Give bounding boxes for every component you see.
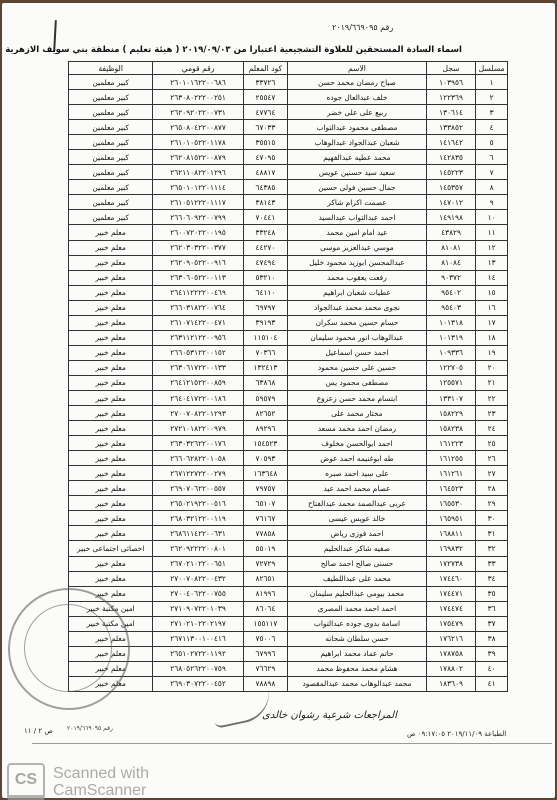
- row-national-id: ٢٦٧٠٢١٠٢٢٠٠٦٥١: [153, 556, 243, 571]
- row-national-id: ٢٦٠٠٧٢٠٢٢٠٠١٩٥: [153, 225, 243, 240]
- table-row: ٢٨١٦٤٥٢٣عصام محمد احمد عيد٧٩٧٥٧٢٦٩٠٧٠٦٢٢…: [69, 481, 508, 496]
- row-serial: ٣٤: [476, 571, 508, 586]
- table-row: ٢٣١٥٨٢٢٩مختار محمد على٨٢٦٥٢٢٧٠٠٧٠٨٢٢٠١٢٩…: [69, 406, 508, 421]
- reference-number: رقم ٢٠١٩/٦٦٩٠٩٥: [332, 23, 393, 32]
- table-row: ٢٥١٦١٢٢٣احمد ابوالحسن مخلوف١٥٤٥٢٣٢٦٣٠٣٢٦…: [69, 436, 508, 451]
- row-national-id: ٢٦٣٠٨٠٢٢٢٠٠٢٥١: [153, 90, 243, 105]
- row-national-id: ٢٦٢٠٩٢٠٢٢٠٠٧٣١: [153, 105, 243, 120]
- row-register: ١٦١٢٦١: [426, 466, 475, 481]
- row-serial: ١٥: [476, 285, 508, 300]
- row-teacher-code: ٧٩٧٥٧: [243, 481, 287, 496]
- table-row: ٤١٣٣٨٥٢مصطفى محمود عبدالتواب٦٧٠٣٣٢٦٥٠٨٠٤…: [69, 120, 508, 135]
- table-header-row: مسلسل سجل الاسم كود المعلم رقم قومي الوظ…: [69, 62, 508, 75]
- row-serial: ٢٤: [476, 421, 508, 436]
- row-national-id: ٢٦٧١١٣٠٠١٠٠٤١٦: [153, 631, 243, 646]
- page-number: ص ٢ / ١١: [24, 727, 53, 735]
- row-job: معلم خبير: [69, 406, 153, 421]
- row-job: معلم خبير: [69, 571, 153, 586]
- row-national-id: ٢٦٦٠٥٣١٢٢٠٠١٥٢: [153, 345, 243, 360]
- row-national-id: ٢٧١٠٩٠٧٢٢٠١٠٣٩: [153, 601, 243, 616]
- row-national-id: ٢٧١٠٢١٠٢٢٠٢١٩٧: [153, 616, 243, 631]
- row-register: ١٦٨٨١١: [426, 526, 475, 541]
- row-name: جمال حسين فولى حسين: [288, 180, 427, 195]
- row-job: معلم خبير: [69, 451, 153, 466]
- row-job: معلم خبير: [69, 315, 153, 330]
- row-register: ١٧٤٤٧٤: [426, 601, 475, 616]
- row-job: كبير معلمين: [69, 150, 153, 165]
- row-serial: ٢٥: [476, 436, 508, 451]
- col-job: الوظيفة: [69, 62, 153, 75]
- row-serial: ٤١: [476, 676, 508, 691]
- row-name: طه ابوغنيمه احمد عوض: [288, 451, 427, 466]
- row-teacher-code: ٦٧٩٩٦: [243, 646, 287, 661]
- row-name: حسام حسين محمد سكران: [288, 315, 427, 330]
- row-serial: ٩: [476, 195, 508, 210]
- row-national-id: ٢٧٠٠٤٠٦٢٢٠٠٧٥٥: [153, 586, 243, 601]
- table-row: ٢٩١٦٥٥٣٠عربى عبدالصمد محمد عبدالفتاح٦٥١٠…: [69, 496, 508, 511]
- row-job: معلم خبير: [69, 481, 153, 496]
- row-serial: ٣٧: [476, 616, 508, 631]
- row-job: معلم خبير: [69, 466, 153, 481]
- row-serial: ٨: [476, 180, 508, 195]
- row-teacher-code: ٤٧٤٩٤: [243, 255, 287, 270]
- row-teacher-code: ٥٩٥٧٩: [243, 390, 287, 405]
- row-national-id: ٢٦١٠١٠٥٢٢٠١١٧٨: [153, 135, 243, 150]
- row-national-id: ٢٦٨٠٣٢١٢٢٠٠١١٩: [153, 511, 243, 526]
- document-title: اسماء السادة المستحقين للعلاوة التشجيعية…: [72, 45, 462, 55]
- table-row: ٣٠١٦٥٩٥١خالد عويس عيسى٧٦١٦٧٢٦٨٠٣٢١٢٢٠٠١١…: [69, 511, 508, 526]
- table-row: ٣٢١٦٩٨٣٢صفيه شاكر عبدالحليم٥٥٠١٩٢٦٢٠٩٢٢٢…: [69, 541, 508, 556]
- row-national-id: ٢٦٣٠٣٢٦٢٢٠٠١٧٦: [153, 436, 243, 451]
- row-serial: ٢٠: [476, 360, 508, 375]
- row-register: ١٧٤٤٧١: [426, 586, 475, 601]
- row-national-id: ٢٦٦٠٦٢٨٢٢٠١٠٥٨: [153, 451, 243, 466]
- row-job: معلم خبير: [69, 496, 153, 511]
- row-national-id: ٢٧٠٠٧٠٨٢٢٠١٢٩٣: [153, 406, 243, 421]
- table-row: ١٧١٠١٣١٨حسام حسين محمد سكران٣٩١٩٣٢٦١٠٧١٤…: [69, 315, 508, 330]
- row-register: ١٣٠٦١٤: [426, 105, 475, 120]
- eligible-staff-table: مسلسل سجل الاسم كود المعلم رقم قومي الوظ…: [68, 61, 508, 692]
- row-serial: ٢٣: [476, 406, 508, 421]
- row-serial: ١: [476, 75, 508, 90]
- row-teacher-code: ١٦٣٦٤٨: [243, 466, 287, 481]
- table-row: ٢٦١٦١٢٥٥طه ابوغنيمه احمد عوض٧٠٥٩٣٢٦٦٠٦٢٨…: [69, 451, 508, 466]
- official-stamp: [8, 588, 130, 710]
- row-national-id: ٢٦٣٠٦١٧٢٢٠٠١٣٣: [153, 360, 243, 375]
- row-register: ٩٥٤٠٢: [426, 285, 475, 300]
- row-national-id: ٢٦٧١٢٢٧٢٢٠٠٢٧٩: [153, 466, 243, 481]
- row-teacher-code: ٨٢٦٥١: [243, 571, 287, 586]
- print-timestamp: الطباعة ٢٠١٩/١١/٠٩ ٠٩:١٧:٠٥ ص: [407, 730, 506, 738]
- scanned-page: رقم ٢٠١٩/٦٦٩٠٩٥ اسماء السادة المستحقين ل…: [2, 3, 555, 798]
- row-register: ١٠٣٩٥٦: [426, 75, 475, 90]
- row-name: عصام محمد احمد عيد: [288, 481, 427, 496]
- row-register: ٨١٠٨٤: [426, 255, 475, 270]
- row-job: كبير معلمين: [69, 90, 153, 105]
- col-national-id: رقم قومي: [153, 62, 243, 75]
- table-row: ٥١٤١٦٤٢شعبان عبدالجواد عبدالوهاب٣٥٥١٥٢٦١…: [69, 135, 508, 150]
- row-national-id: ٢٦١٠٥١٢٢٢٠١١١٧: [153, 195, 243, 210]
- row-name: سعيد سيد حسنين عويس: [288, 165, 427, 180]
- row-name: رفعت يعقوب محمد: [288, 270, 427, 285]
- row-serial: ٣٥: [476, 586, 508, 601]
- divider: [32, 743, 552, 744]
- row-register: ١٧٦٢١٦: [426, 631, 475, 646]
- row-name: صفيه شاكر عبدالحليم: [288, 541, 427, 556]
- row-register: ١٦٤٥٢٣: [426, 481, 475, 496]
- row-serial: ١٢: [476, 240, 508, 255]
- row-teacher-code: ٥٣٢١٠: [243, 270, 287, 285]
- row-serial: ٢١: [476, 375, 508, 390]
- row-name: محمد عطيه عبدالفهيم: [288, 150, 427, 165]
- table-row: ١٥٩٥٤٠٢عطيات شعبان ابراهيم٦٤١١٠٢٦٤١١٢٢٢٢…: [69, 285, 508, 300]
- row-teacher-code: ٣٥٥١٥: [243, 135, 287, 150]
- row-national-id: ٢٦٨٠٥٢٦٢٢٠٠٧٥٩: [153, 661, 243, 676]
- table-row: ٢١١٢٥٥٧١مصطفى محمود يس٦٣٨٦٨٢٦٤١٢١٥٢٢٠٠٨٥…: [69, 375, 508, 390]
- row-job: كبير معلمين: [69, 195, 153, 210]
- row-register: ٩٠٣٧٢: [426, 270, 475, 285]
- row-register: ١٦٥٥٣٠: [426, 496, 475, 511]
- row-teacher-code: ٣٣٧٢٦: [243, 75, 287, 90]
- row-teacher-code: ٧٠٤٤١: [243, 210, 287, 225]
- row-national-id: ٢٦٦٠٦٠٩٢٢٠٠٧٩٩: [153, 210, 243, 225]
- table-row: ٣٦١٧٤٤٧٤احمد احمد محمد المصرى٨٦٠٦٤٢٧١٠٩٠…: [69, 601, 508, 616]
- row-register: ١٢٢٧٠٥: [426, 360, 475, 375]
- row-teacher-code: ٨١٩٩٦: [243, 586, 287, 601]
- row-teacher-code: ٥٥٠١٩: [243, 541, 287, 556]
- row-serial: ٢٧: [476, 466, 508, 481]
- row-name: خالد عويس عيسى: [288, 511, 427, 526]
- row-teacher-code: ٧٧٨٥٨: [243, 526, 287, 541]
- row-job: معلم خبير: [69, 225, 153, 240]
- row-national-id: ٢٦٢٠٩٠٥٢٢٠٠٩١٦: [153, 255, 243, 270]
- row-teacher-code: ٤٧٧٦٤: [243, 105, 287, 120]
- row-name: محمد على عبداللطيف: [288, 571, 427, 586]
- row-national-id: ٢٦٥١٠٢٧٢٢٠١١٩٢: [153, 646, 243, 661]
- row-register: ١٧٨٨٠٢: [426, 661, 475, 676]
- row-serial: ١٦: [476, 300, 508, 315]
- table-row: ٧١٤٥٢٢٣سعيد سيد حسنين عويس٤٨٨١٧٢٦٢١١٠٨٢٢…: [69, 165, 508, 180]
- row-name: محمد بيومى عبدالحليم سليمان: [288, 586, 427, 601]
- row-national-id: ٢٦٣١١٢١٢٢٠٠٩٥٦: [153, 330, 243, 345]
- row-teacher-code: ٦٤٣٨٥: [243, 180, 287, 195]
- row-national-id: ٢٦٣٠٦٠٥٢٢٠٠١١٣: [153, 270, 243, 285]
- row-name: صباح رمضان محمد حسن: [288, 75, 427, 90]
- row-register: ١٤٧٠١٢: [426, 195, 475, 210]
- table-row: ٣١٣٠٦١٤ربيع على على خضر٤٧٧٦٤٢٦٢٠٩٢٠٢٢٠٠٧…: [69, 105, 508, 120]
- row-register: ١٣٣١٠٧: [426, 390, 475, 405]
- row-name: احمد ابوالحسن مخلوف: [288, 436, 427, 451]
- row-name: حسنى صالح احمد صالح: [288, 556, 427, 571]
- row-teacher-code: ٢٥٥٤٧: [243, 90, 287, 105]
- row-register: ٤٣٨٢٩: [426, 225, 475, 240]
- row-name: حاتم عماد محمد ابراهيم: [288, 646, 427, 661]
- row-serial: ١٩: [476, 345, 508, 360]
- row-serial: ٢٦: [476, 451, 508, 466]
- row-teacher-code: ١٣٢٤١٣: [243, 360, 287, 375]
- row-register: ١٥٨٢٣٨: [426, 421, 475, 436]
- table-row: ١١٠٣٩٥٦صباح رمضان محمد حسن٣٣٧٢٦٢٦٠١٠١٦٢٢…: [69, 75, 508, 90]
- row-national-id: ٢٦٥٠٨٠٤٢٢٠٠٨٧٧: [153, 120, 243, 135]
- table-row: ١٤٩٠٣٧٢رفعت يعقوب محمد٥٣٢١٠٢٦٣٠٦٠٥٢٢٠٠١١…: [69, 270, 508, 285]
- row-teacher-code: ٦٧٠٣٣: [243, 120, 287, 135]
- row-name: عربى عبدالصمد محمد عبدالفتاح: [288, 496, 427, 511]
- row-teacher-code: ١٥٥١١٧: [243, 616, 287, 631]
- table-row: ٣٧١٧٥٤٧٩اسامة بدوى جوده عبدالتواب١٥٥١١٧٢…: [69, 616, 508, 631]
- row-job: معلم خبير: [69, 330, 153, 345]
- row-register: ١٠١٣١٩: [426, 330, 475, 345]
- row-register: ١٢٥٥٧١: [426, 375, 475, 390]
- row-national-id: ٢٦٢٠٩٢٢٢٢٠٠٨٠١: [153, 541, 243, 556]
- row-job: كبير معلمين: [69, 210, 153, 225]
- row-name: ربيع على على خضر: [288, 105, 427, 120]
- row-job: كبير معلمين: [69, 105, 153, 120]
- row-job: معلم خبير: [69, 390, 153, 405]
- row-register: ١٠٩٣٣٦: [426, 345, 475, 360]
- row-register: ١٤٢٨٣٥: [426, 150, 475, 165]
- row-name: عبدالمحسن ابوزيد محمود خليل: [288, 255, 427, 270]
- table-row: ٣١١٦٨٨١١احمد فوزى رياض٧٧٨٥٨٢٦٨٦١١٤٢٢٠٠٦٣…: [69, 526, 508, 541]
- row-national-id: ٢٦٤١١٢٢٢٢٠٠٤٦٩: [153, 285, 243, 300]
- table-row: ١٣٨١٠٨٤عبدالمحسن ابوزيد محمود خليل٤٧٤٩٤٢…: [69, 255, 508, 270]
- row-teacher-code: ٦٥١٠٧: [243, 496, 287, 511]
- table-body: ١١٠٣٩٥٦صباح رمضان محمد حسن٣٣٧٢٦٢٦٠١٠١٦٢٢…: [69, 75, 508, 692]
- row-register: ١٢٢٣٦٩: [426, 90, 475, 105]
- row-teacher-code: ٦٩٧٩٧: [243, 300, 287, 315]
- row-name: حسن سلطان شحاته: [288, 631, 427, 646]
- row-serial: ٣٠: [476, 511, 508, 526]
- row-job: معلم خبير: [69, 436, 153, 451]
- row-teacher-code: ٨٦٠٦٤: [243, 601, 287, 616]
- row-serial: ٤٠: [476, 661, 508, 676]
- table-row: ٢١٢٢٣٦٩خلف عبدالعال جوده٢٥٥٤٧٢٦٣٠٨٠٢٢٢٠٠…: [69, 90, 508, 105]
- table-row: ٨١٤٥٣٥٧جمال حسين فولى حسين٦٤٣٨٥٢٦٥٠١٠١٢٢…: [69, 180, 508, 195]
- table-row: ٣٥١٧٤٤٧١محمد بيومى عبدالحليم سليمان٨١٩٩٦…: [69, 586, 508, 601]
- row-national-id: ٢٦٥٠٢١٩٢٢٠٠٥١٦: [153, 496, 243, 511]
- row-serial: ٣٩: [476, 646, 508, 661]
- row-register: ١٤٥٣٥٧: [426, 180, 475, 195]
- row-name: مصطفى محمود يس: [288, 375, 427, 390]
- row-teacher-code: ٣٨١٤٣: [243, 195, 287, 210]
- row-name: عيد امام امين محمد: [288, 225, 427, 240]
- row-serial: ٢٢: [476, 390, 508, 405]
- row-register: ١٣٣٨٥٢: [426, 120, 475, 135]
- row-teacher-code: ٦٤١١٠: [243, 285, 287, 300]
- row-serial: ٢٨: [476, 481, 508, 496]
- row-serial: ٥: [476, 135, 508, 150]
- row-job: معلم خبير: [69, 345, 153, 360]
- table-row: ٣٣١٧٢٧٣٨حسنى صالح احمد صالح٧٢٧٢٩٢٦٧٠٢١٠٢…: [69, 556, 508, 571]
- row-serial: ٣٣: [476, 556, 508, 571]
- row-name: عصمت اكرام شاكر: [288, 195, 427, 210]
- row-teacher-code: ٧٢٧٢٩: [243, 556, 287, 571]
- table-row: ١٩١٠٩٣٣٦احمد حسن اسماعيل٧٠٣٦٦٢٦٦٠٥٣١٢٢٠٠…: [69, 345, 508, 360]
- row-job: كبير معلمين: [69, 135, 153, 150]
- row-teacher-code: ٧٦١٦٧: [243, 511, 287, 526]
- table-row: ١١٤٣٨٢٩عيد امام امين محمد٣٣٢٤٨٢٦٠٠٧٢٠٢٢٠…: [69, 225, 508, 240]
- row-register: ١٤١٦٤٢: [426, 135, 475, 150]
- row-register: ١٤٩١٩٨: [426, 210, 475, 225]
- watermark-text: Scanned with CamScanner: [53, 765, 149, 799]
- row-register: ١٧٥٤٧٩: [426, 616, 475, 631]
- row-teacher-code: ٣٩١٩٣: [243, 315, 287, 330]
- row-job: كبير معلمين: [69, 165, 153, 180]
- row-register: ١٠١٣١٨: [426, 315, 475, 330]
- table-row: ٣٨١٧٦٢١٦حسن سلطان شحاته٧٥٠٠٦٢٦٧١١٣٠٠١٠٠٤…: [69, 631, 508, 646]
- row-teacher-code: ٦٣٨٦٨: [243, 375, 287, 390]
- row-serial: ٣: [476, 105, 508, 120]
- row-teacher-code: ٧٠٥٩٣: [243, 451, 287, 466]
- col-register: سجل: [426, 62, 475, 75]
- row-teacher-code: ٨٩٢٩٦: [243, 421, 287, 436]
- table-row: ٣٤١٧٤٤٦٠محمد على عبداللطيف٨٢٦٥١٢٧٠٠٧٠٨٢٢…: [69, 571, 508, 586]
- table-row: ١٢٨١٠٨١موسي عبدالعزيز موسى٤٤٢٧٠٢٦٢٠٣٠٣٢٢…: [69, 240, 508, 255]
- row-job: معلم خبير: [69, 255, 153, 270]
- row-name: حسين على حسين محمود: [288, 360, 427, 375]
- row-name: شعبان عبدالجواد عبدالوهاب: [288, 135, 427, 150]
- row-national-id: ٢٦٤١٢١٥٢٢٠٠٨٥٩: [153, 375, 243, 390]
- row-job: معلم خبير: [69, 375, 153, 390]
- row-name: ابتسام محمد حسن زعزوع: [288, 390, 427, 405]
- table-row: ١٨١٠١٣١٩عبدالوهاب انور محمود سليمان١١٥١٠…: [69, 330, 508, 345]
- row-name: على سيد احمد صبره: [288, 466, 427, 481]
- row-job: كبير معلمين: [69, 180, 153, 195]
- row-register: ١٦١٢٢٣: [426, 436, 475, 451]
- col-teacher-code: كود المعلم: [243, 62, 287, 75]
- row-name: احمد احمد محمد المصرى: [288, 601, 427, 616]
- reviewer-signature: المراجعات شرعية رشوان خالدى: [262, 710, 397, 721]
- row-national-id: ٢٧٢١٠١٨٢٢٠٠٩٧٩: [153, 421, 243, 436]
- row-teacher-code: ١٥٤٥٢٣: [243, 436, 287, 451]
- col-serial: مسلسل: [476, 62, 508, 75]
- row-job: معلم خبير: [69, 240, 153, 255]
- table-row: ١٠١٤٩١٩٨احمد عبدالتواب عبدالسيد٧٠٤٤١٢٦٦٠…: [69, 210, 508, 225]
- row-serial: ١٧: [476, 315, 508, 330]
- row-national-id: ٢٦٢٠٣٠٣٢٢٠٠٣٧٧: [153, 240, 243, 255]
- row-job: معلم خبير: [69, 300, 153, 315]
- row-serial: ٣١: [476, 526, 508, 541]
- camscanner-watermark: CS Scanned with CamScanner: [7, 763, 149, 800]
- row-teacher-code: ٧٦٦٢٩: [243, 661, 287, 676]
- row-national-id: ٢٦٠١٠١٦٢٢٠٠٦٨٦: [153, 75, 243, 90]
- row-national-id: ٢٧٠٠٧٠٨٢٢٠٠٤٣٢: [153, 571, 243, 586]
- row-national-id: ٢٦٤٠٤١٧٢٢٠٠١٨٦: [153, 390, 243, 405]
- row-national-id: ٢٦١٠٧١٤٢٢٠٠٤٧١: [153, 315, 243, 330]
- row-register: ١٦٥٩٥١: [426, 511, 475, 526]
- row-job: اخصائى اجتماعى خبير: [69, 541, 153, 556]
- row-job: كبير معلمين: [69, 120, 153, 135]
- row-register: ١٧٢٧٣٨: [426, 556, 475, 571]
- row-job: معلم خبير: [69, 360, 153, 375]
- row-teacher-code: ١١٥١٠٤: [243, 330, 287, 345]
- row-teacher-code: ٤٧٠٩٥: [243, 150, 287, 165]
- row-teacher-code: ٣٣٢٤٨: [243, 225, 287, 240]
- row-name: احمد عبدالتواب عبدالسيد: [288, 210, 427, 225]
- table-row: ٢٧١٦١٢٦١على سيد احمد صبره١٦٣٦٤٨٢٦٧١٢٢٧٢٢…: [69, 466, 508, 481]
- row-job: كبير معلمين: [69, 75, 153, 90]
- row-serial: ١٨: [476, 330, 508, 345]
- row-name: احمد حسن اسماعيل: [288, 345, 427, 360]
- row-name: مصطفى محمود عبدالتواب: [288, 120, 427, 135]
- row-name: هشام محمد محفوظ محمد: [288, 661, 427, 676]
- row-serial: ١٣: [476, 255, 508, 270]
- stamp-reference: رقم ٢٠١٩/٦٦٩٠٩٥: [67, 725, 113, 732]
- row-register: ١٧٤٤٦٠: [426, 571, 475, 586]
- row-national-id: ٢٦٩٠٧٠٦٢٢٠٠٥٥٧: [153, 481, 243, 496]
- row-register: ١٧٨٧٥٨: [426, 646, 475, 661]
- row-serial: ٣٢: [476, 541, 508, 556]
- row-serial: ٤: [476, 120, 508, 135]
- row-serial: ٣٦: [476, 601, 508, 616]
- row-name: رمضان احمد محمد مسعد: [288, 421, 427, 436]
- row-national-id: ٢٦٩٠٣٠٧٢٢٠٠٤٥٢: [153, 676, 243, 691]
- row-serial: ٢: [476, 90, 508, 105]
- table-row: ٢٢١٣٣١٠٧ابتسام محمد حسن زعزوع٥٩٥٧٩٢٦٤٠٤١…: [69, 390, 508, 405]
- row-serial: ١١: [476, 225, 508, 240]
- col-name: الاسم: [288, 62, 427, 75]
- row-name: مختار محمد على: [288, 406, 427, 421]
- row-serial: ٧: [476, 165, 508, 180]
- row-serial: ١٠: [476, 210, 508, 225]
- table-row: ٢٠١٢٢٧٠٥حسين على حسين محمود١٣٢٤١٣٢٦٣٠٦١٧…: [69, 360, 508, 375]
- row-job: معلم خبير: [69, 285, 153, 300]
- row-teacher-code: ٧٥٠٠٦: [243, 631, 287, 646]
- row-register: ١٨٣٦٠٩: [426, 676, 475, 691]
- table-row: ٦١٤٢٨٣٥محمد عطيه عبدالفهيم٤٧٠٩٥٢٦٢٠٨١٥٢٢…: [69, 150, 508, 165]
- row-name: محمد عبدالوهاب محمد عبدالمقصود: [288, 676, 427, 691]
- row-teacher-code: ٨٢٦٥٢: [243, 406, 287, 421]
- row-job: معلم خبير: [69, 526, 153, 541]
- row-national-id: ٢٦٥٠١٠١٢٢٠١١١٤: [153, 180, 243, 195]
- row-name: نجوى محمد محمد عبدالجواد: [288, 300, 427, 315]
- row-national-id: ٢٦٨٦١١٤٢٢٠٠٦٣١: [153, 526, 243, 541]
- row-national-id: ٢٦٢١١٠٨٢٢٠١٢٩٦: [153, 165, 243, 180]
- row-teacher-code: ٤٨٨١٧: [243, 165, 287, 180]
- row-register: ٩٥٤٠٣: [426, 300, 475, 315]
- row-register: ١٤٥٢٢٣: [426, 165, 475, 180]
- row-register: ١٥٨٢٢٩: [426, 406, 475, 421]
- row-job: معلم خبير: [69, 511, 153, 526]
- row-serial: ٣٨: [476, 631, 508, 646]
- table-row: ١٦٩٥٤٠٣نجوى محمد محمد عبدالجواد٦٩٧٩٧٢٦٦٠…: [69, 300, 508, 315]
- table-row: ٩١٤٧٠١٢عصمت اكرام شاكر٣٨١٤٣٢٦١٠٥١٢٢٢٠١١١…: [69, 195, 508, 210]
- row-name: احمد فوزى رياض: [288, 526, 427, 541]
- row-name: اسامة بدوى جوده عبدالتواب: [288, 616, 427, 631]
- row-job: معلم خبير: [69, 270, 153, 285]
- table-row: ٣٩١٧٨٧٥٨حاتم عماد محمد ابراهيم٦٧٩٩٦٢٦٥١٠…: [69, 646, 508, 661]
- row-national-id: ٢٦٢٠٨١٥٢٢٠٠٨٧٩: [153, 150, 243, 165]
- row-job: معلم خبير: [69, 421, 153, 436]
- row-register: ٨١٠٨١: [426, 240, 475, 255]
- row-serial: ٢٩: [476, 496, 508, 511]
- row-serial: ١٤: [476, 270, 508, 285]
- row-job: معلم خبير: [69, 556, 153, 571]
- row-register: ١٦١٢٥٥: [426, 451, 475, 466]
- table-row: ٤٠١٧٨٨٠٢هشام محمد محفوظ محمد٧٦٦٢٩٢٦٨٠٥٢٦…: [69, 661, 508, 676]
- row-name: عطيات شعبان ابراهيم: [288, 285, 427, 300]
- row-national-id: ٢٦٦٠٣١٨٢٢٠٠٧٦٤: [153, 300, 243, 315]
- row-name: خلف عبدالعال جوده: [288, 90, 427, 105]
- row-teacher-code: ٧٠٣٦٦: [243, 345, 287, 360]
- row-serial: ٦: [476, 150, 508, 165]
- table-row: ٢٤١٥٨٢٣٨رمضان احمد محمد مسعد٨٩٢٩٦٢٧٢١٠١٨…: [69, 421, 508, 436]
- camscanner-logo-icon: CS: [7, 763, 45, 800]
- table-row: ٤١١٨٣٦٠٩محمد عبدالوهاب محمد عبدالمقصود٧٨…: [69, 676, 508, 691]
- row-name: موسي عبدالعزيز موسى: [288, 240, 427, 255]
- row-register: ١٦٩٨٣٢: [426, 541, 475, 556]
- row-teacher-code: ٤٤٢٧٠: [243, 240, 287, 255]
- signature-scribble: [210, 687, 275, 729]
